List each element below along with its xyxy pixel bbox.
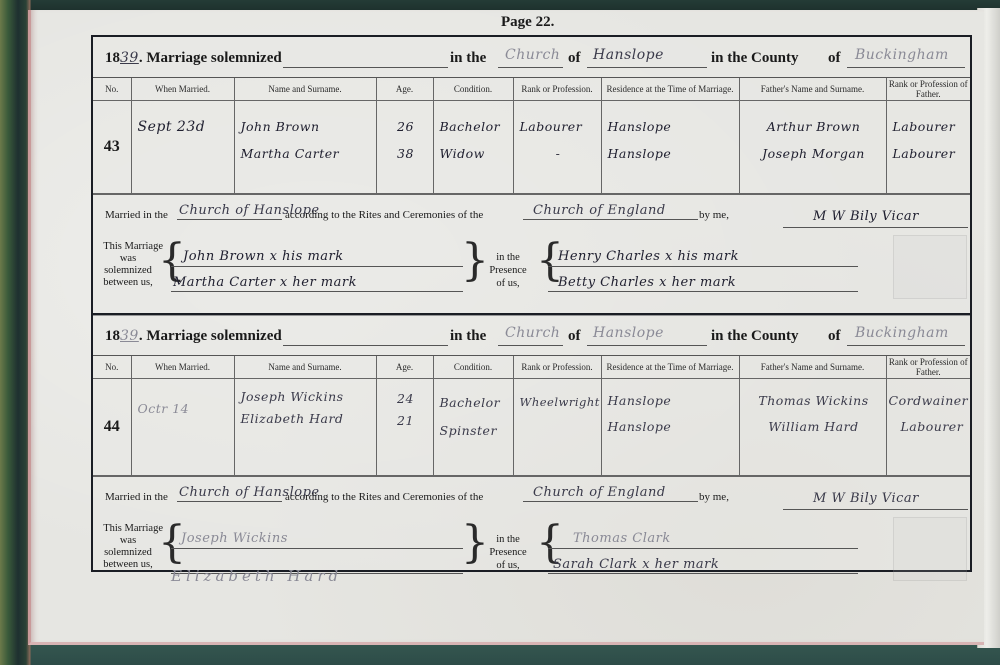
groom-father-name: Arthur Brown bbox=[746, 119, 882, 134]
father-rank-cell: Cordwainer Labourer bbox=[886, 379, 970, 476]
col-when-married: When Married. bbox=[131, 356, 234, 379]
col-when-married: When Married. bbox=[131, 78, 234, 101]
fill-line bbox=[587, 345, 707, 346]
fill-line bbox=[783, 227, 968, 228]
bride-condition: Spinster bbox=[440, 423, 509, 438]
fill-line bbox=[177, 501, 282, 502]
age-cell: 26 38 bbox=[376, 101, 433, 194]
signature-line bbox=[171, 291, 463, 292]
col-residence: Residence at the Time of Marriage. bbox=[601, 78, 739, 101]
groom-rank: Wheelwright bbox=[520, 395, 597, 409]
in-the-label: in the bbox=[450, 328, 486, 345]
bride-age: 21 bbox=[383, 413, 429, 428]
of-label: of bbox=[828, 328, 841, 345]
age-cell: 24 21 bbox=[376, 379, 433, 476]
col-rank: Rank or Profession. bbox=[513, 78, 601, 101]
fill-line bbox=[783, 509, 968, 510]
register-page: Page 22. 1839. Marriage solemnized in th… bbox=[28, 10, 984, 645]
bride-father-name: William Hard bbox=[746, 419, 882, 434]
groom-condition: Bachelor bbox=[440, 119, 509, 134]
father-name-cell: Arthur Brown Joseph Morgan bbox=[739, 101, 886, 194]
signature-line bbox=[548, 573, 858, 574]
father-name-cell: Thomas Wickins William Hard bbox=[739, 379, 886, 476]
witness-2-signature: Sarah Clark x her mark bbox=[553, 557, 719, 572]
label-line: was bbox=[93, 535, 163, 547]
rank-cell: Wheelwright bbox=[513, 379, 601, 476]
bride-name: Martha Carter bbox=[241, 146, 372, 161]
groom-father-name: Thomas Wickins bbox=[746, 393, 882, 408]
header-row: No. When Married. Name and Surname. Age.… bbox=[93, 356, 970, 379]
fill-line bbox=[498, 345, 563, 346]
groom-father-rank: Labourer bbox=[893, 119, 967, 134]
bride-age: 38 bbox=[383, 146, 429, 161]
married-in-row: Married in the Church of Hanslope accord… bbox=[93, 476, 970, 511]
label-line: This Marriage bbox=[93, 523, 163, 535]
residence-cell: Hanslope Hanslope bbox=[601, 379, 739, 476]
officiant-signature: M W Bily Vicar bbox=[813, 209, 919, 224]
fill-line bbox=[283, 345, 448, 346]
col-residence: Residence at the Time of Marriage. bbox=[601, 356, 739, 379]
col-father-rank: Rank or Profession of Father. bbox=[886, 356, 970, 379]
fill-line bbox=[587, 67, 707, 68]
witness-1-signature: Thomas Clark bbox=[573, 531, 671, 546]
parish: Hanslope bbox=[593, 325, 664, 341]
witness-1-signature: Henry Charles x his mark bbox=[558, 249, 739, 264]
groom-residence: Hanslope bbox=[608, 393, 735, 408]
signature-line bbox=[548, 291, 858, 292]
label-line: in the bbox=[478, 251, 538, 264]
name-cell: Joseph Wickins Elizabeth Hard bbox=[234, 379, 376, 476]
groom-signature: Joseph Wickins bbox=[181, 531, 288, 546]
of-label: of bbox=[828, 50, 841, 67]
entry-number: 43 bbox=[93, 101, 131, 194]
bride-residence: Hanslope bbox=[608, 419, 735, 434]
signatures-row: This Marriage was solemnized between us,… bbox=[93, 229, 970, 309]
entry-number: 44 bbox=[93, 379, 131, 476]
fill-line bbox=[847, 67, 965, 68]
when-married-cell: Sept 23d bbox=[131, 101, 234, 194]
officiant-signature: M W Bily Vicar bbox=[813, 491, 919, 506]
col-no: No. bbox=[93, 78, 131, 101]
label-line: solemnized bbox=[93, 547, 163, 559]
groom-rank: Labourer bbox=[520, 119, 597, 134]
marriage-entry-44: 1839. Marriage solemnized in the Church … bbox=[91, 313, 972, 572]
when-married: Sept 23d bbox=[138, 119, 230, 135]
signature-line bbox=[548, 548, 858, 549]
col-condition: Condition. bbox=[433, 78, 513, 101]
bride-residence: Hanslope bbox=[608, 146, 735, 161]
residence-cell: Hanslope Hanslope bbox=[601, 101, 739, 194]
label-line: between us, bbox=[93, 559, 163, 571]
col-father-name: Father's Name and Surname. bbox=[739, 78, 886, 101]
groom-name: Joseph Wickins bbox=[241, 389, 372, 404]
presence-label: in the Presence of us, bbox=[478, 533, 538, 572]
bride-father-rank: Labourer bbox=[901, 419, 967, 434]
presence-label: in the Presence of us, bbox=[478, 251, 538, 290]
header-row: No. When Married. Name and Surname. Age.… bbox=[93, 78, 970, 101]
col-age: Age. bbox=[376, 356, 433, 379]
label-line: solemnized bbox=[93, 265, 163, 277]
fill-line bbox=[177, 219, 282, 220]
year-label: 1839. Marriage solemnized bbox=[105, 328, 282, 345]
groom-age: 26 bbox=[383, 119, 429, 134]
label-line: was bbox=[93, 253, 163, 265]
when-married-cell: Octr 14 bbox=[131, 379, 234, 476]
county-label: in the County bbox=[711, 328, 799, 345]
between-us-label: This Marriage was solemnized between us, bbox=[93, 241, 163, 289]
witness-2-signature: Betty Charles x her mark bbox=[558, 275, 736, 290]
bride-father-rank: Labourer bbox=[893, 146, 967, 161]
signature-line bbox=[171, 548, 463, 549]
groom-father-rank: Cordwainer bbox=[889, 393, 967, 408]
col-name: Name and Surname. bbox=[234, 78, 376, 101]
fill-line bbox=[523, 219, 698, 220]
groom-condition: Bachelor bbox=[440, 395, 509, 410]
entry-header: 1839. Marriage solemnized in the Church … bbox=[93, 37, 970, 78]
married-in-label: Married in the bbox=[105, 209, 168, 221]
county: Buckingham bbox=[855, 325, 949, 341]
bride-condition: Widow bbox=[440, 146, 509, 161]
when-married: Octr 14 bbox=[138, 401, 230, 416]
year-label: 1839. Marriage solemnized bbox=[105, 50, 282, 67]
label-line: of us, bbox=[478, 559, 538, 572]
county: Buckingham bbox=[855, 47, 949, 63]
groom-age: 24 bbox=[383, 391, 429, 406]
place-type: Church bbox=[505, 47, 560, 63]
by-me-label: by me, bbox=[699, 491, 729, 503]
label-line: of us, bbox=[478, 277, 538, 290]
rites-value: Church of England bbox=[533, 485, 666, 500]
faded-show-through bbox=[893, 517, 967, 581]
table-row: 44 Octr 14 Joseph Wickins Elizabeth Hard… bbox=[93, 379, 970, 476]
parish: Hanslope bbox=[593, 47, 664, 63]
condition-cell: Bachelor Spinster bbox=[433, 379, 513, 476]
place-type: Church bbox=[505, 325, 560, 341]
according-label: according to the Rites and Ceremonies of… bbox=[285, 209, 483, 221]
entry-table: No. When Married. Name and Surname. Age.… bbox=[93, 78, 970, 194]
label-line: Presence bbox=[478, 546, 538, 559]
rank-cell: Labourer - bbox=[513, 101, 601, 194]
signature-line bbox=[171, 266, 463, 267]
signatures-row: This Marriage was solemnized between us,… bbox=[93, 511, 970, 591]
fill-line bbox=[283, 67, 448, 68]
bride-rank: - bbox=[520, 146, 597, 161]
signature-line bbox=[548, 266, 858, 267]
fill-line bbox=[523, 501, 698, 502]
col-father-name: Father's Name and Surname. bbox=[739, 356, 886, 379]
according-label: according to the Rites and Ceremonies of… bbox=[285, 491, 483, 503]
groom-signature: John Brown x his mark bbox=[183, 249, 344, 264]
entry-header: 1839. Marriage solemnized in the Church … bbox=[93, 315, 970, 356]
groom-name: John Brown bbox=[241, 119, 372, 134]
bride-signature: Martha Carter x her mark bbox=[173, 275, 357, 290]
bride-father-name: Joseph Morgan bbox=[746, 146, 882, 161]
col-father-rank: Rank or Profession of Father. bbox=[886, 78, 970, 101]
of-label: of bbox=[568, 50, 581, 67]
fill-line bbox=[847, 345, 965, 346]
in-the-label: in the bbox=[450, 50, 486, 67]
bride-signature: Elizabeth Hard bbox=[171, 567, 342, 585]
between-us-label: This Marriage was solemnized between us, bbox=[93, 523, 163, 571]
groom-residence: Hanslope bbox=[608, 119, 735, 134]
of-label: of bbox=[568, 328, 581, 345]
father-rank-cell: Labourer Labourer bbox=[886, 101, 970, 194]
county-label: in the County bbox=[711, 50, 799, 67]
label-line: Presence bbox=[478, 264, 538, 277]
fill-line bbox=[498, 67, 563, 68]
married-in-row: Married in the Church of Hanslope accord… bbox=[93, 194, 970, 229]
label-line: between us, bbox=[93, 277, 163, 289]
label-line: This Marriage bbox=[93, 241, 163, 253]
col-rank: Rank or Profession. bbox=[513, 356, 601, 379]
entry-table: No. When Married. Name and Surname. Age.… bbox=[93, 356, 970, 476]
married-in-label: Married in the bbox=[105, 491, 168, 503]
label-line: in the bbox=[478, 533, 538, 546]
name-cell: John Brown Martha Carter bbox=[234, 101, 376, 194]
col-age: Age. bbox=[376, 78, 433, 101]
by-me-label: by me, bbox=[699, 209, 729, 221]
col-no: No. bbox=[93, 356, 131, 379]
col-condition: Condition. bbox=[433, 356, 513, 379]
table-row: 43 Sept 23d John Brown Martha Carter 26 … bbox=[93, 101, 970, 194]
condition-cell: Bachelor Widow bbox=[433, 101, 513, 194]
page-number: Page 22. bbox=[501, 14, 554, 31]
bride-name: Elizabeth Hard bbox=[241, 411, 372, 426]
col-name: Name and Surname. bbox=[234, 356, 376, 379]
marriage-entry-43: 1839. Marriage solemnized in the Church … bbox=[91, 35, 972, 316]
faded-show-through bbox=[893, 235, 967, 299]
rites-value: Church of England bbox=[533, 203, 666, 218]
